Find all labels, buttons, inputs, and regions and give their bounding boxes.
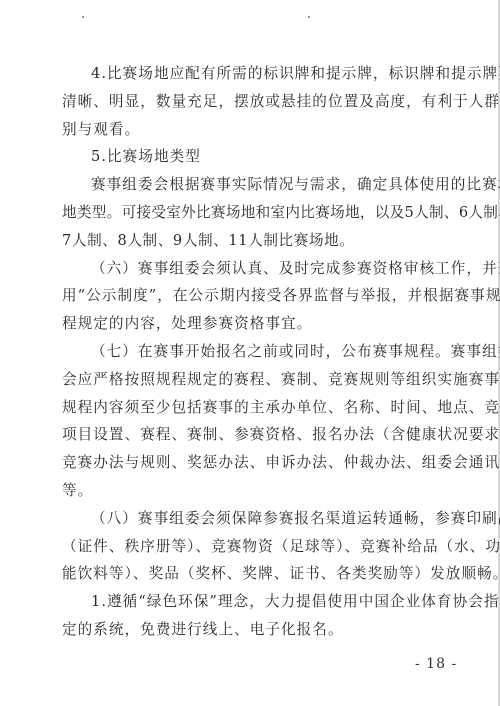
text-line: 赛事组委会根据赛事实际情况与需求，确定具体使用的比赛场 [62,171,450,199]
text-line: 程规定的内容，处理参赛资格事宜。 [62,310,450,338]
text-line: （证件、秩序册等）、竞赛物资（足球等）、竞赛补给品（水、功 [62,533,450,561]
text-line: 等。 [62,477,450,505]
paragraph-green-registration: 1.遵循“绿色环保”理念，大力提倡使用中国企业体育协会指 定的系统，免费进行线上… [62,588,450,644]
paragraph-competition-rules: （七）在赛事开始报名之前或同时，公布赛事规程。赛事组委 会应严格按照规程规定的赛… [62,338,450,505]
text-line: （八）赛事组委会须保障参赛报名渠道运转通畅，参赛印刷品 [62,505,450,533]
text-line: 清晰、明显，数量充足，摆放或悬挂的位置及高度，有利于人群识 [62,88,450,116]
page-number: - 18 - [415,656,457,672]
text-line: 会应严格按照规程规定的赛程、赛制、竞赛规则等组织实施赛事。 [62,366,450,394]
text-line: 定的系统，免费进行线上、电子化报名。 [62,616,450,644]
document-page: 4.比赛场地应配有所需的标识牌和提示牌，标识牌和提示牌要 清晰、明显，数量充足，… [62,60,450,644]
text-line: （六）赛事组委会须认真、及时完成参赛资格审核工作，并采 [62,255,450,283]
text-line: 竞赛办法与规则、奖惩办法、申诉办法、仲裁办法、组委会通讯录 [62,449,450,477]
paragraph-venue-type-heading: 5.比赛场地类型 [62,143,450,171]
scan-speck [308,16,310,18]
text-line: 地类型。可接受室外比赛场地和室内比赛场地，以及5人制、6人制、 [62,199,450,227]
paragraph-qualification-review: （六）赛事组委会须认真、及时完成参赛资格审核工作，并采 用“公示制度”，在公示期… [62,255,450,338]
text-line: 能饮料等）、奖品（奖杯、奖牌、证书、各类奖励等）发放顺畅。 [62,560,450,588]
text-line: 1.遵循“绿色环保”理念，大力提倡使用中国企业体育协会指 [62,588,450,616]
paragraph-venue-type: 赛事组委会根据赛事实际情况与需求，确定具体使用的比赛场 地类型。可接受室外比赛场… [62,171,450,254]
text-line: 用“公示制度”，在公示期内接受各界监督与举报，并根据赛事规 [62,282,450,310]
text-line: （七）在赛事开始报名之前或同时，公布赛事规程。赛事组委 [62,338,450,366]
scan-speck [82,16,84,18]
text-line: 7人制、8人制、9人制、11人制比赛场地。 [62,227,450,255]
text-line: 规程内容须至少包括赛事的主承办单位、名称、时间、地点、竞赛 [62,394,450,422]
text-line: 4.比赛场地应配有所需的标识牌和提示牌，标识牌和提示牌要 [62,60,450,88]
text-line: 别与观看。 [62,116,450,144]
text-line: 项目设置、赛程、赛制、参赛资格、报名办法（含健康状况要求）、 [62,421,450,449]
paragraph-registration-channels: （八）赛事组委会须保障参赛报名渠道运转通畅，参赛印刷品 （证件、秩序册等）、竞赛… [62,505,450,588]
paragraph-signage: 4.比赛场地应配有所需的标识牌和提示牌，标识牌和提示牌要 清晰、明显，数量充足，… [62,60,450,143]
section-heading: 5.比赛场地类型 [62,143,450,171]
